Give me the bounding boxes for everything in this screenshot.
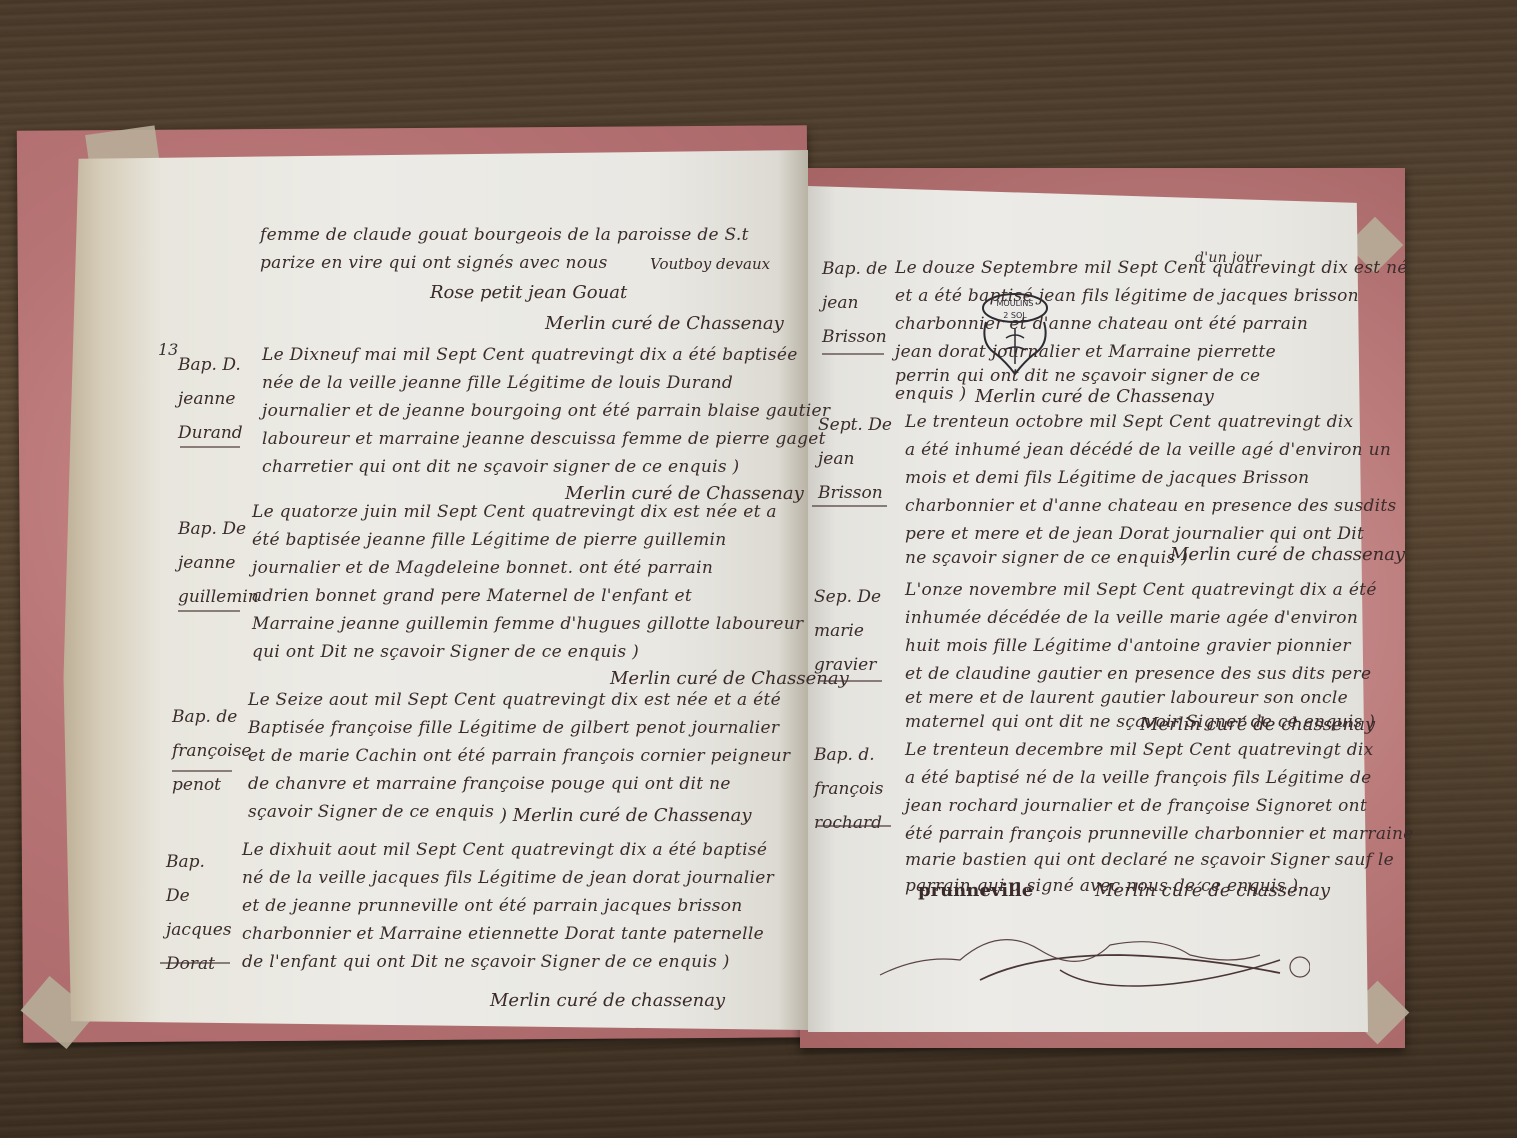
priest-signature: Merlin curé de Chassenay	[565, 483, 804, 504]
margin-rule	[178, 610, 240, 612]
entry-line: journalier et de jeanne bourgoing ont ét…	[262, 401, 830, 421]
entry-line: charbonnier et d'anne chateau ont été pa…	[895, 314, 1308, 334]
margin-note: Bap. de jean Brisson	[822, 252, 887, 354]
margin-note: Bap. De jeanne guillemin	[178, 512, 259, 614]
margin-rule	[812, 505, 887, 507]
entry-line: jean rochard journalier et de françoise …	[905, 796, 1367, 816]
continuation-line: femme de claude gouat bourgeois de la pa…	[260, 225, 749, 245]
margin-rule	[180, 446, 240, 448]
entry-line: enquis )	[895, 384, 966, 404]
priest-signature: Merlin curé de Chassenay	[975, 386, 1214, 407]
margin-rule	[822, 353, 884, 355]
entry-line: qui ont Dit ne sçavoir Signer de ce enqu…	[252, 642, 639, 662]
margin-note: Bap. de françoise penot	[172, 700, 251, 802]
entry-line: Marraine jeanne guillemin femme d'hugues…	[252, 614, 803, 634]
margin-note: Bap. D. jeanne Durand	[178, 348, 243, 450]
margin-rule	[160, 962, 230, 964]
margin-rule	[172, 770, 232, 772]
entry-line: charbonnier et d'anne chateau en presenc…	[905, 496, 1397, 516]
witness-signature: Rose petit jean Gouat	[430, 282, 627, 303]
entry-line: charbonnier et Marraine etiennette Dorat…	[242, 924, 764, 944]
priest-signature: Merlin curé de Chassenay	[610, 668, 849, 689]
entry-line: Le dixhuit aout mil Sept Cent quatreving…	[242, 840, 767, 860]
entry-line: été parrain françois prunneville charbon…	[905, 824, 1414, 844]
entry-line: Le trenteun octobre mil Sept Cent quatre…	[905, 412, 1353, 432]
entry-line: charretier qui ont dit ne sçavoir signer…	[262, 457, 739, 477]
entry-line: né de la veille jacques fils Légitime de…	[242, 868, 774, 888]
entry-line: Baptisée françoise fille Légitime de gil…	[248, 718, 779, 738]
priest-signature: ) Merlin curé de Chassenay	[500, 805, 752, 826]
entry-line: Le douze Septembre mil Sept Cent quatrev…	[895, 258, 1408, 278]
margin-rule	[816, 825, 891, 827]
margin-note: Sept. De jean Brisson	[818, 408, 892, 510]
entry-line: Le Seize aout mil Sept Cent quatrevingt …	[248, 690, 781, 710]
entry-line: inhumée décédée de la veille marie agée …	[905, 608, 1358, 628]
continuation-line: parize en vire qui ont signés avec nous	[260, 253, 608, 273]
priest-signature: Merlin curé de chassenay	[1170, 544, 1405, 565]
witness-signature: Voutboy devaux	[650, 255, 770, 273]
entry-line: a été inhumé jean décédé de la veille ag…	[905, 440, 1391, 460]
entry-line: ne sçavoir signer de ce enquis )	[905, 548, 1188, 568]
priest-signature: Merlin curé de chassenay	[490, 990, 725, 1011]
end-flourish-icon	[860, 915, 1310, 995]
entry-line: été baptisée jeanne fille Légitime de pi…	[252, 530, 727, 550]
entry-line: laboureur et marraine jeanne descuissa f…	[262, 429, 826, 449]
priest-signature: Merlin curé de Chassenay	[545, 313, 784, 334]
entry-line: et mere et de laurent gautier laboureur …	[905, 688, 1348, 708]
page-number: 13	[158, 340, 178, 359]
entry-line: a été baptisé né de la veille françois f…	[905, 768, 1372, 788]
entry-line: journalier et de Magdeleine bonnet. ont …	[252, 558, 713, 578]
entry-line: marie bastien qui ont declaré ne sçavoir…	[905, 850, 1394, 870]
entry-line: de l'enfant qui ont Dit ne sçavoir Signe…	[242, 952, 730, 972]
entry-line: pere et mere et de jean Dorat journalier…	[905, 524, 1364, 544]
margin-note: Sep. De marie gravier	[814, 580, 881, 682]
witness-signature: prunneville	[918, 880, 1033, 901]
entry-line: huit mois fille Légitime d'antoine gravi…	[905, 636, 1351, 656]
entry-line: mois et demi fils Légitime de jacques Br…	[905, 468, 1309, 488]
entry-line: et de jeanne prunneville ont été parrain…	[242, 896, 743, 916]
margin-note: Bap. De jacques Dorat	[166, 845, 232, 981]
entry-line: perrin qui ont dit ne sçavoir signer de …	[895, 366, 1260, 386]
entry-line: Le quatorze juin mil Sept Cent quatrevin…	[252, 502, 777, 522]
entry-line: Le Dixneuf mai mil Sept Cent quatrevingt…	[262, 345, 798, 365]
entry-line: et a été baptisé jean fils légitime de j…	[895, 286, 1359, 306]
priest-signature: Merlin curé de chassenay	[1095, 880, 1330, 901]
entry-line: et de marie Cachin ont été parrain franç…	[248, 746, 790, 766]
entry-line: sçavoir Signer de ce enquis	[248, 802, 494, 822]
entry-line: jean dorat journalier et Marraine pierre…	[895, 342, 1276, 362]
entry-line: adrien bonnet grand pere Maternel de l'e…	[252, 586, 692, 606]
entry-line: née de la veille jeanne fille Légitime d…	[262, 373, 733, 393]
priest-signature: Merlin curé de chassenay	[1140, 714, 1375, 735]
entry-line: et de claudine gautier en presence des s…	[905, 664, 1371, 684]
entry-line: Le trenteun decembre mil Sept Cent quatr…	[905, 740, 1374, 760]
entry-line: L'onze novembre mil Sept Cent quatreving…	[905, 580, 1377, 600]
margin-rule	[820, 680, 882, 682]
entry-line: de chanvre et marraine françoise pouge q…	[248, 774, 731, 794]
